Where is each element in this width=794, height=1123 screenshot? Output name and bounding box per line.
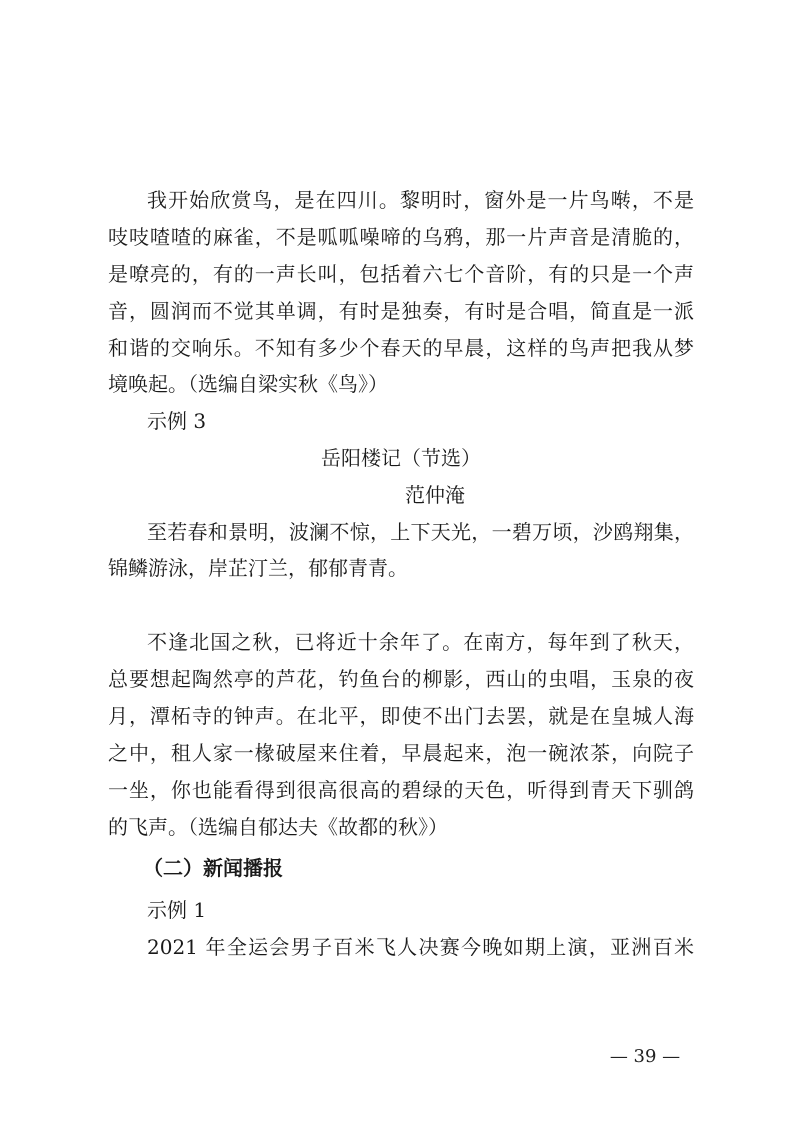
- paragraph-autumn-line: 总要想起陶然亭的芦花，钓鱼台的柳影，西山的虫唱，玉泉的夜: [108, 667, 694, 691]
- paragraph-autumn-line: 月，潭柘寺的钟声。在北平，即使不出门去罢，就是在皇城人海: [108, 704, 694, 728]
- news-line: 2021 年全运会男子百米飞人决赛今晚如期上演，亚洲百米: [147, 935, 694, 959]
- paragraph-bird-line: 是嘹亮的，有的一声长叫，包括着六七个音阶，有的只是一个声: [108, 262, 694, 286]
- poem-title: 岳阳楼记（节选）: [108, 446, 694, 470]
- paragraph-autumn-line: 一坐，你也能看得到很高很高的碧绿的天色，听得到青天下驯鸽: [108, 778, 694, 802]
- document-page: 我开始欣赏鸟，是在四川。黎明时，窗外是一片鸟啭，不是 吱吱喳喳的麻雀，不是呱呱噪…: [0, 0, 794, 1123]
- paragraph-autumn-line: 的飞声。（选编自郁达夫《故都的秋》）: [108, 815, 694, 839]
- section-heading: （二）新闻播报: [143, 856, 729, 880]
- poem-author: 范仲淹: [142, 483, 728, 507]
- paragraph-autumn-line: 之中，租人家一椽破屋来住着，早晨起来，泡一碗浓茶，向院子: [108, 741, 694, 765]
- paragraph-bird-line: 我开始欣赏鸟，是在四川。黎明时，窗外是一片鸟啭，不是: [147, 188, 694, 212]
- paragraph-bird-line: 吱吱喳喳的麻雀，不是呱呱噪啼的乌鸦，那一片声音是清脆的，: [108, 225, 694, 249]
- paragraph-bird-line: 境唤起。（选编自梁实秋《鸟》）: [108, 372, 694, 396]
- example-3-label: 示例 3: [147, 409, 694, 433]
- poem-line: 至若春和景明，波澜不惊，上下天光，一碧万顷，沙鸥翔集，: [147, 520, 694, 544]
- example-1-label: 示例 1: [147, 898, 694, 922]
- page-number: — 39 —: [600, 1045, 690, 1069]
- paragraph-bird-line: 和谐的交响乐。不知有多少个春天的早晨，这样的鸟声把我从梦: [108, 336, 694, 360]
- poem-line: 锦鳞游泳，岸芷汀兰，郁郁青青。: [108, 556, 694, 580]
- paragraph-bird-line: 音，圆润而不觉其单调，有时是独奏，有时是合唱，简直是一派: [108, 299, 694, 323]
- paragraph-autumn-line: 不逢北国之秋，已将近十余年了。在南方，每年到了秋天，: [147, 630, 694, 654]
